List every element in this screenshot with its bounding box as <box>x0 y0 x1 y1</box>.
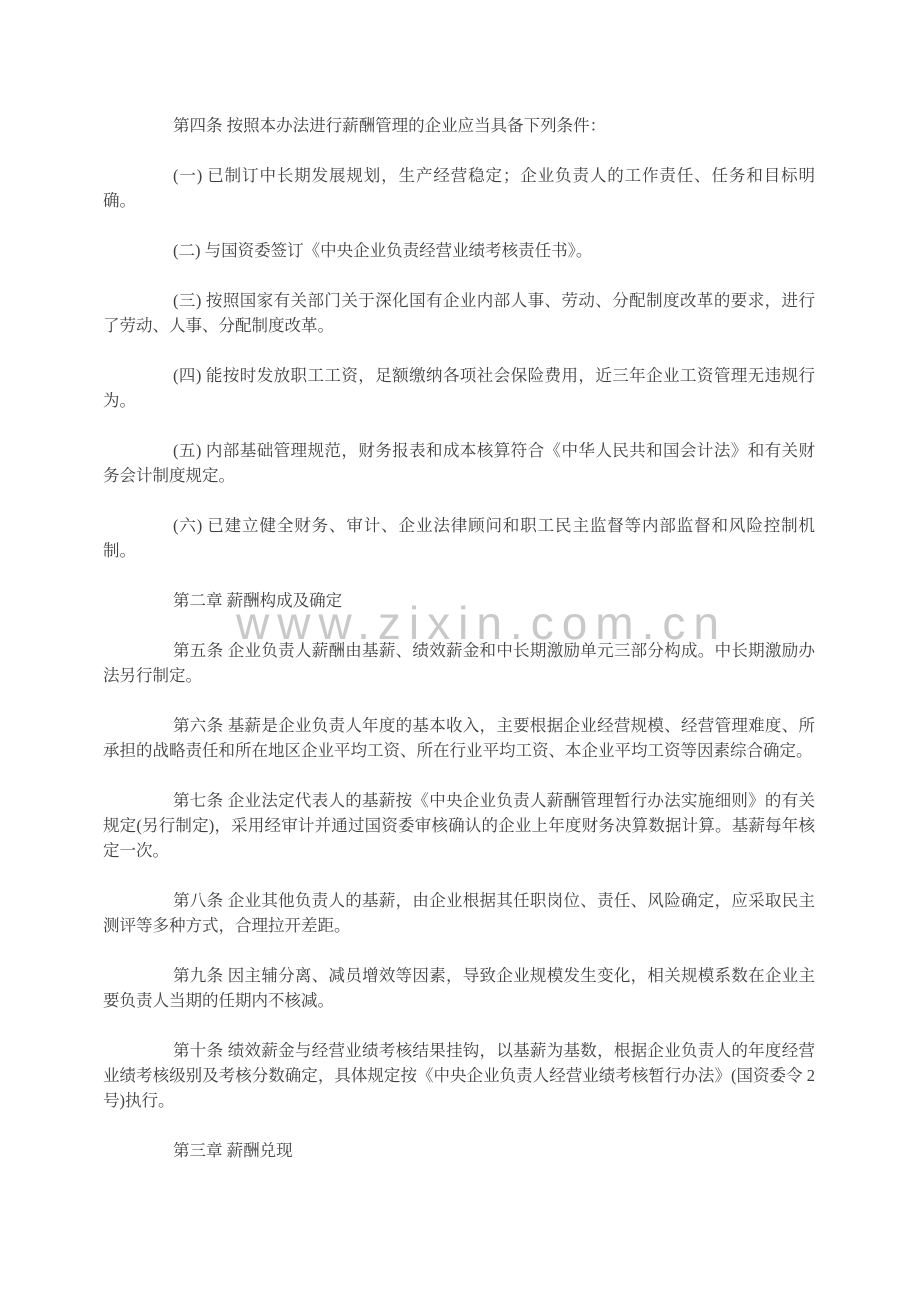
para-article-4: 第四条 按照本办法进行薪酬管理的企业应当具备下列条件： <box>103 113 815 138</box>
para-article-6: 第六条 基薪是企业负责人年度的基本收入，主要根据企业经营规模、经营管理难度、所承… <box>103 713 815 763</box>
para-article-10: 第十条 绩效薪金与经营业绩考核结果挂钩，以基薪为基数，根据企业负责人的年度经营业… <box>103 1038 815 1113</box>
para-item-2: (二) 与国资委签订《中央企业负责经营业绩考核责任书》。 <box>103 238 815 263</box>
para-item-4: (四) 能按时发放职工工资，足额缴纳各项社会保险费用，近三年企业工资管理无违规行… <box>103 363 815 413</box>
para-article-8: 第八条 企业其他负责人的基薪，由企业根据其任职岗位、责任、风险确定，应采取民主测… <box>103 888 815 938</box>
para-article-7: 第七条 企业法定代表人的基薪按《中央企业负责人薪酬管理暂行办法实施细则》的有关规… <box>103 788 815 863</box>
para-item-6: (六) 已建立健全财务、审计、企业法律顾问和职工民主监督等内部监督和风险控制机制… <box>103 513 815 563</box>
heading-chapter-3: 第三章 薪酬兑现 <box>103 1138 815 1163</box>
para-item-3: (三) 按照国家有关部门关于深化国有企业内部人事、劳动、分配制度改革的要求，进行… <box>103 288 815 338</box>
document-text: 第四条 按照本办法进行薪酬管理的企业应当具备下列条件： (一) 已制订中长期发展… <box>103 113 815 1188</box>
para-article-5: 第五条 企业负责人薪酬由基薪、绩效薪金和中长期激励单元三部分构成。中长期激励办法… <box>103 638 815 688</box>
para-article-9: 第九条 因主辅分离、减员增效等因素，导致企业规模发生变化，相关规模系数在企业主要… <box>103 963 815 1013</box>
para-item-5: (五) 内部基础管理规范，财务报表和成本核算符合《中华人民共和国会计法》和有关财… <box>103 438 815 488</box>
document-page: www.zixin.com.cn 第四条 按照本办法进行薪酬管理的企业应当具备下… <box>0 0 920 1302</box>
para-item-1: (一) 已制订中长期发展规划，生产经营稳定；企业负责人的工作责任、任务和目标明确… <box>103 163 815 213</box>
heading-chapter-2: 第二章 薪酬构成及确定 <box>103 588 815 613</box>
